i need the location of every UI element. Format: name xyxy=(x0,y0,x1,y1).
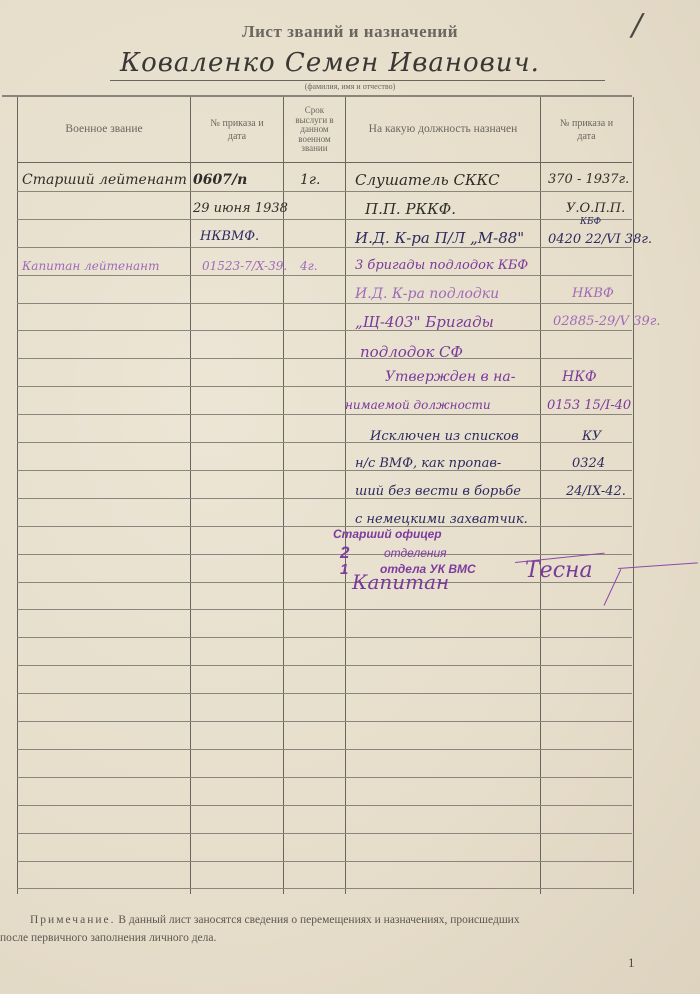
stamp-department-number: 1 xyxy=(340,561,348,578)
row-divider xyxy=(17,330,632,331)
position-cell: нимаемой должности xyxy=(345,399,491,411)
position-cell: И.Д. К-ра П/Л „М-88" xyxy=(355,231,524,246)
row-divider xyxy=(17,386,632,387)
rank-cell: Капитан лейтенант xyxy=(22,260,159,272)
rank-cell: Старший лейтенант xyxy=(22,173,187,187)
position-order-cell: 0153 15/I-40 xyxy=(547,399,631,412)
footer-note: Примечание. В данный лист заносятся свед… xyxy=(0,912,668,948)
row-divider xyxy=(17,191,632,192)
row-divider xyxy=(17,275,632,276)
row-divider xyxy=(17,637,632,638)
header-position: На какую должность назначен xyxy=(346,100,540,160)
row-divider xyxy=(17,442,632,443)
row-divider xyxy=(17,526,632,527)
row-divider xyxy=(17,721,632,722)
position-cell: И.Д. К-ра подлодки xyxy=(355,287,499,301)
row-divider xyxy=(17,414,632,415)
row-divider xyxy=(17,554,632,555)
header-divider xyxy=(17,162,632,163)
order-cell: 0607/п xyxy=(193,173,247,187)
position-order-cell: 02885-29/V 39г. xyxy=(553,315,660,328)
order-cell: 01523-7/X-39. xyxy=(202,260,287,272)
row-divider xyxy=(17,833,632,834)
order-cell: НКВМФ. xyxy=(200,230,259,243)
row-divider xyxy=(17,888,632,889)
order-cell: 29 июня 1938 xyxy=(193,202,288,215)
row-divider xyxy=(17,247,632,248)
page-number: 1 xyxy=(628,955,635,971)
header-order-date: № приказа и дата xyxy=(191,100,283,160)
row-divider xyxy=(17,665,632,666)
position-cell: Исключен из списков xyxy=(370,430,519,443)
position-cell: Утвержден в на- xyxy=(385,370,515,384)
note-label: Примечание. xyxy=(30,914,115,926)
position-cell: с немецкими захватчик. xyxy=(355,513,528,526)
position-order-sup: КБФ xyxy=(580,218,601,227)
term-cell: 4г. xyxy=(300,260,318,272)
stamp-line-2: отделения xyxy=(384,546,447,560)
position-cell: 3 бригады подлодок КБФ xyxy=(355,259,528,272)
row-divider xyxy=(17,303,632,304)
column-divider xyxy=(345,97,346,894)
note-line-1: В данный лист заносятся сведения о перем… xyxy=(118,914,519,926)
row-divider xyxy=(17,470,632,471)
row-divider xyxy=(17,749,632,750)
position-cell: „Щ-403" Бригады xyxy=(355,315,494,330)
row-divider xyxy=(17,219,632,220)
note-line-2: после первичного заполнения личного дела… xyxy=(0,930,668,948)
position-order-cell: 24/IX-42. xyxy=(566,485,626,498)
row-divider xyxy=(17,693,632,694)
signatory-rank: Капитан xyxy=(352,572,449,592)
column-divider xyxy=(283,97,284,894)
header-order-date-2: № приказа и дата xyxy=(541,100,632,160)
stamp-line-1: Старший офицер xyxy=(333,527,442,541)
position-order-cell: КУ xyxy=(582,430,601,443)
name-underline xyxy=(110,80,605,81)
position-order-cell: У.О.П.П. xyxy=(566,202,625,215)
header-service-term: Срок выслуги в данном военном звании xyxy=(284,100,345,160)
position-cell: ший без вести в борьбе xyxy=(355,485,521,498)
person-name: Коваленко Семен Иванович. xyxy=(120,48,540,78)
position-cell: Слушатель СККС xyxy=(355,173,500,188)
column-divider xyxy=(190,97,191,894)
position-order-cell: 370 - 1937г. xyxy=(548,173,629,186)
position-cell: П.П. РККФ. xyxy=(365,202,456,217)
header-military-rank: Военное звание xyxy=(18,100,190,160)
row-divider xyxy=(17,777,632,778)
row-divider xyxy=(17,498,632,499)
column-divider xyxy=(540,97,541,894)
row-divider xyxy=(17,358,632,359)
table-frame xyxy=(17,97,634,894)
position-order-cell: НКВФ xyxy=(572,287,614,300)
position-order-cell: 0324 xyxy=(572,457,605,470)
name-caption: (фамилия, имя и отчество) xyxy=(0,82,700,91)
row-divider xyxy=(17,609,632,610)
position-cell: подлодок СФ xyxy=(360,345,463,360)
row-divider xyxy=(17,805,632,806)
position-order-cell: 0420 22/VI 38г. xyxy=(548,233,652,246)
term-cell: 1г. xyxy=(300,173,320,187)
row-divider xyxy=(17,861,632,862)
position-order-cell: НКФ xyxy=(562,370,597,384)
document-title: Лист званий и назначений xyxy=(0,22,700,42)
stamp-section-number: 2 xyxy=(340,543,349,563)
position-cell: н/с ВМФ, как пропав- xyxy=(355,457,501,470)
signature: Тесна xyxy=(525,560,593,582)
